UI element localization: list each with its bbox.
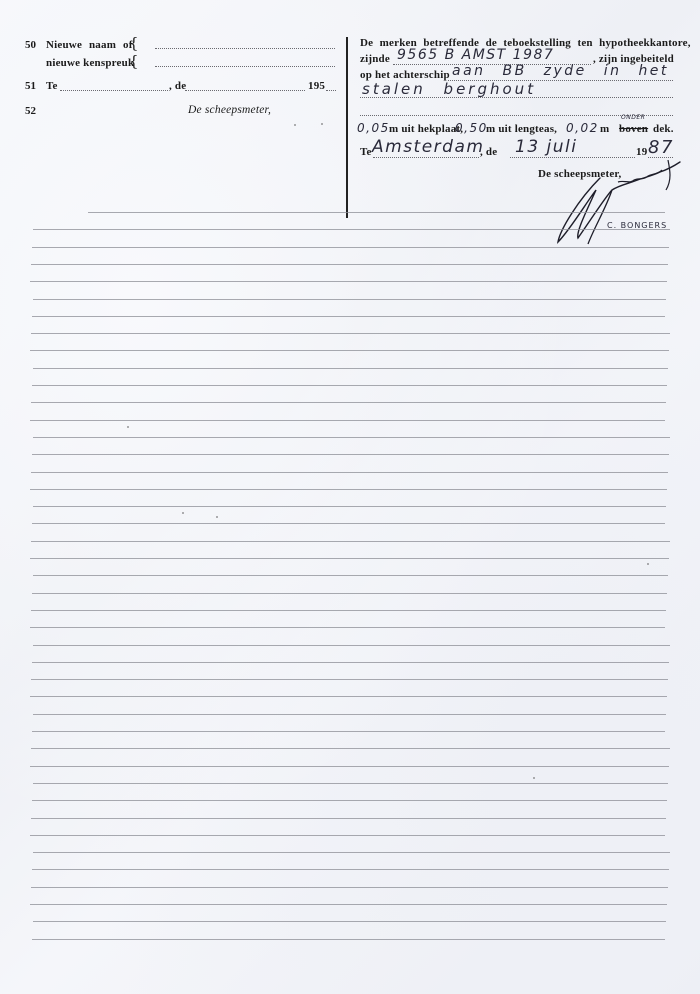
scan-speck	[321, 123, 323, 125]
new-motto-label: nieuwe kenspreuk	[46, 57, 134, 69]
ruled-line	[33, 368, 668, 369]
ruled-line	[33, 783, 668, 784]
ruled-line	[32, 523, 665, 524]
location-value: aan BB zyde in het	[452, 63, 669, 79]
ruled-line	[32, 247, 669, 248]
scan-speck	[182, 512, 184, 514]
place-field[interactable]	[60, 90, 168, 91]
row-number-51: 51	[25, 80, 36, 92]
year-field[interactable]	[326, 90, 336, 91]
ruled-line	[33, 229, 670, 230]
row-number-52: 52	[25, 105, 36, 117]
date-field-right[interactable]	[510, 157, 635, 158]
ruled-line	[32, 662, 669, 663]
ruled-line	[88, 212, 665, 213]
year-handwritten-right: 87	[648, 137, 674, 158]
measure-text-2: m uit lengteas,	[486, 123, 557, 135]
surveyor-label-left: De scheepsmeter,	[188, 104, 271, 116]
brace-top: {	[129, 34, 139, 52]
scan-speck	[216, 516, 218, 518]
place-label: Te	[46, 80, 58, 92]
scan-speck	[647, 563, 649, 565]
ruled-line	[32, 385, 667, 386]
measure-value-3: 0,02	[566, 121, 599, 135]
date-field[interactable]	[185, 90, 305, 91]
date-label: , de	[169, 80, 186, 92]
place-field-right[interactable]	[373, 157, 479, 158]
scan-speck	[533, 777, 535, 779]
ruled-line	[31, 748, 670, 749]
ruled-line	[32, 800, 667, 801]
registration-value: 9565 B AMST 1987	[397, 47, 554, 63]
ruled-line	[33, 852, 670, 853]
ruled-line	[32, 454, 669, 455]
ruled-line	[32, 316, 665, 317]
ruled-line	[31, 333, 670, 334]
place-value-right: Amsterdam	[372, 137, 484, 157]
scan-speck	[127, 426, 129, 428]
ruled-line	[33, 645, 670, 646]
ruled-line	[30, 489, 667, 490]
ruled-line	[31, 610, 666, 611]
ruled-line	[33, 299, 666, 300]
measure-text-4: dek.	[653, 123, 674, 135]
scan-speck	[294, 124, 296, 126]
ruled-line	[31, 679, 668, 680]
measure-value-2: 0,50	[455, 121, 488, 135]
ruled-line	[31, 472, 668, 473]
ruled-line	[30, 420, 665, 421]
new-name-field[interactable]	[155, 48, 335, 49]
ruled-line	[30, 350, 669, 351]
year-field-right[interactable]	[648, 157, 673, 158]
ruled-line	[31, 887, 668, 888]
ruled-line	[33, 506, 666, 507]
place-label-right: Te	[360, 146, 372, 158]
ruled-line	[32, 869, 669, 870]
ruled-line	[30, 766, 669, 767]
surveyor-signature	[548, 160, 698, 250]
location-continuation-value: stalen berghout	[362, 80, 536, 98]
ruled-line	[30, 558, 669, 559]
measure-value-1: 0,05	[357, 121, 390, 135]
ruled-line	[30, 835, 665, 836]
measure-text-3: m	[600, 123, 609, 135]
new-motto-field[interactable]	[155, 66, 335, 67]
ruled-line	[30, 627, 665, 628]
ruled-line	[30, 904, 667, 905]
ruled-line	[33, 714, 666, 715]
ruled-line	[33, 437, 670, 438]
ruled-line	[32, 731, 665, 732]
correction-onder: ONDER	[621, 114, 645, 121]
row-number-50: 50	[25, 39, 36, 51]
ruled-line	[32, 593, 667, 594]
ruled-line	[33, 921, 666, 922]
ruled-line	[30, 696, 667, 697]
ruled-line	[31, 541, 670, 542]
ruled-line	[32, 939, 665, 940]
zijnde-label: zijnde	[360, 53, 390, 65]
ruled-line	[31, 402, 666, 403]
measure-text-1: m uit hekplaat,	[389, 123, 463, 135]
new-name-label: Nieuwe naam of	[46, 39, 133, 51]
ruled-line	[30, 281, 667, 282]
ruled-line	[33, 575, 668, 576]
date-value-right: 13 juli	[515, 137, 577, 157]
brace-bottom: {	[129, 52, 139, 70]
ruled-line	[31, 264, 668, 265]
column-divider	[346, 37, 348, 218]
date-label-right: , de	[480, 146, 497, 158]
ruled-line	[31, 818, 666, 819]
year-prefix: 195	[308, 80, 325, 92]
year-printed-right: 19	[636, 146, 647, 158]
struck-word-boven: boven	[619, 123, 648, 135]
